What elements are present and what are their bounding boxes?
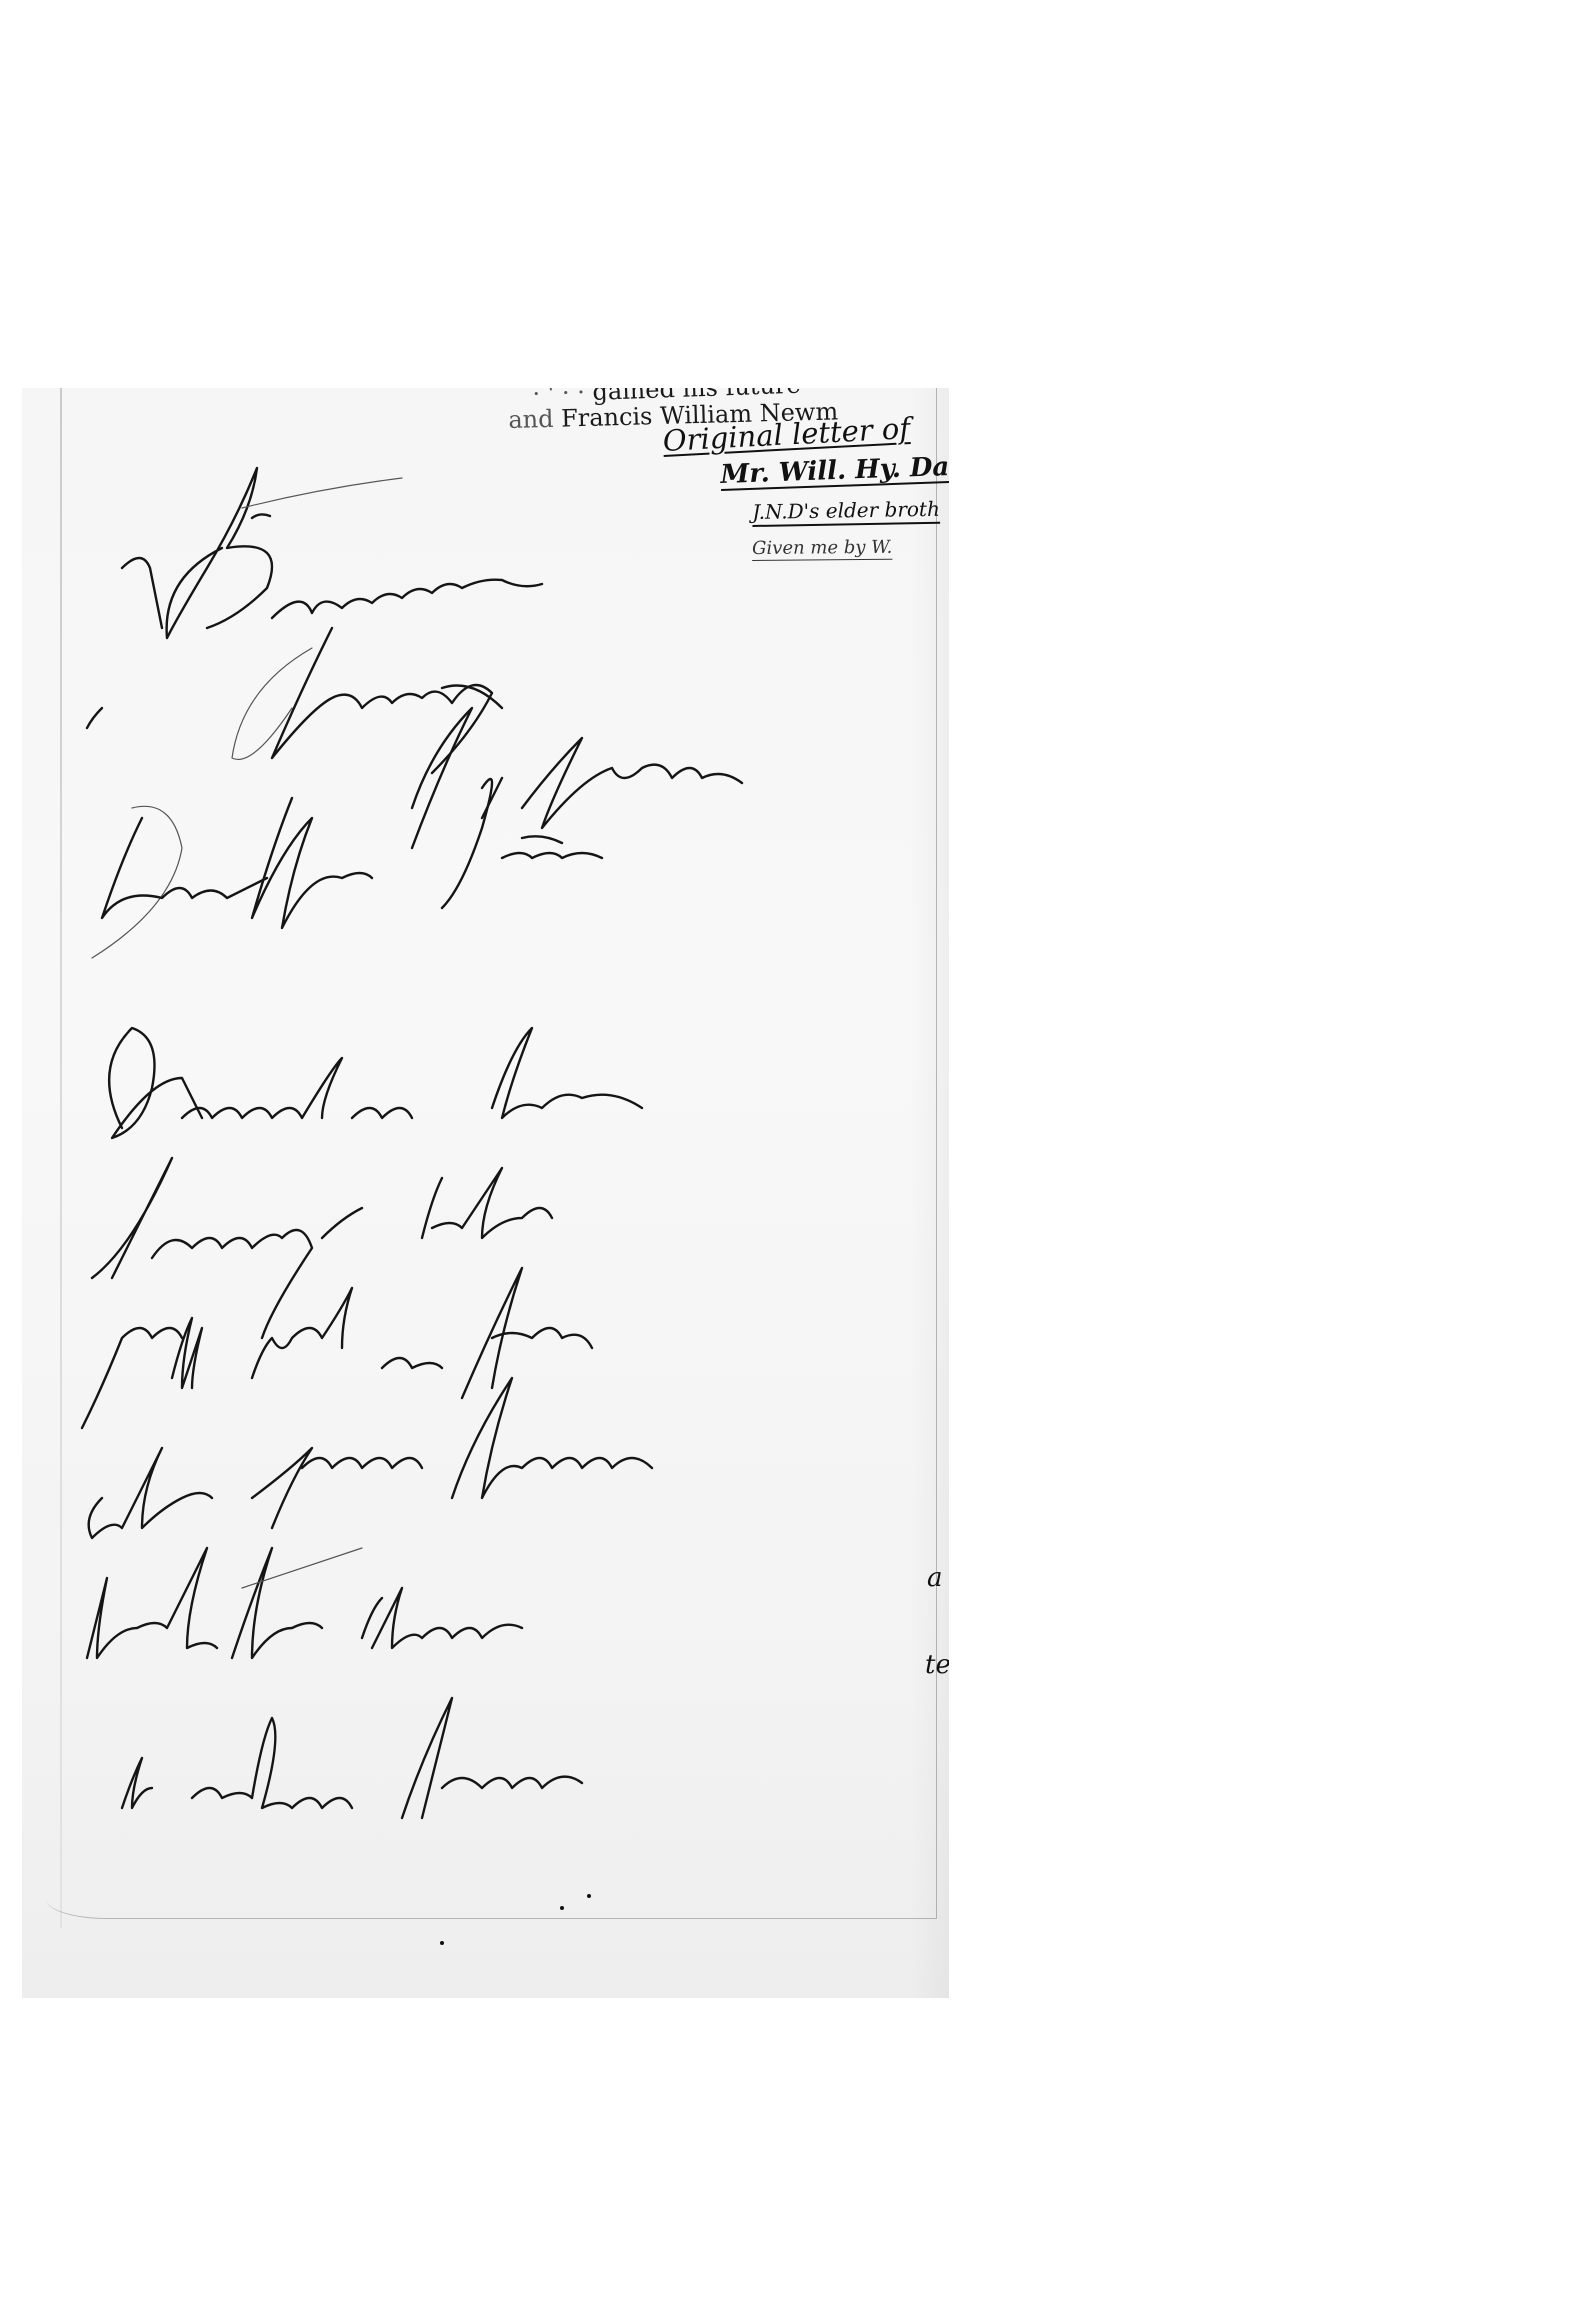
- letter-body-line-4: when your kindness: [82, 1448, 690, 1518]
- letter-body-line-3: you like not to think: [82, 1328, 693, 1398]
- letter-salutation: Dear Mr Jones: [82, 828, 523, 898]
- scanned-letter-page: · ' · · gained his future and Francis Wi…: [22, 388, 949, 1998]
- letter-address-line-2: Bangor: [272, 608, 494, 678]
- letter-body-line-1: On received at Low: [82, 1038, 675, 1108]
- letter-address-line-1: Beaumaris: [162, 458, 487, 528]
- letter-body-line-6: to reduce a figure: [82, 1728, 627, 1798]
- letter-address-line-3: N. Wales: [412, 738, 677, 808]
- letter-body-line-2: I gauge to what: [82, 1178, 560, 1248]
- letter-body-line-5: think that there: [82, 1578, 562, 1648]
